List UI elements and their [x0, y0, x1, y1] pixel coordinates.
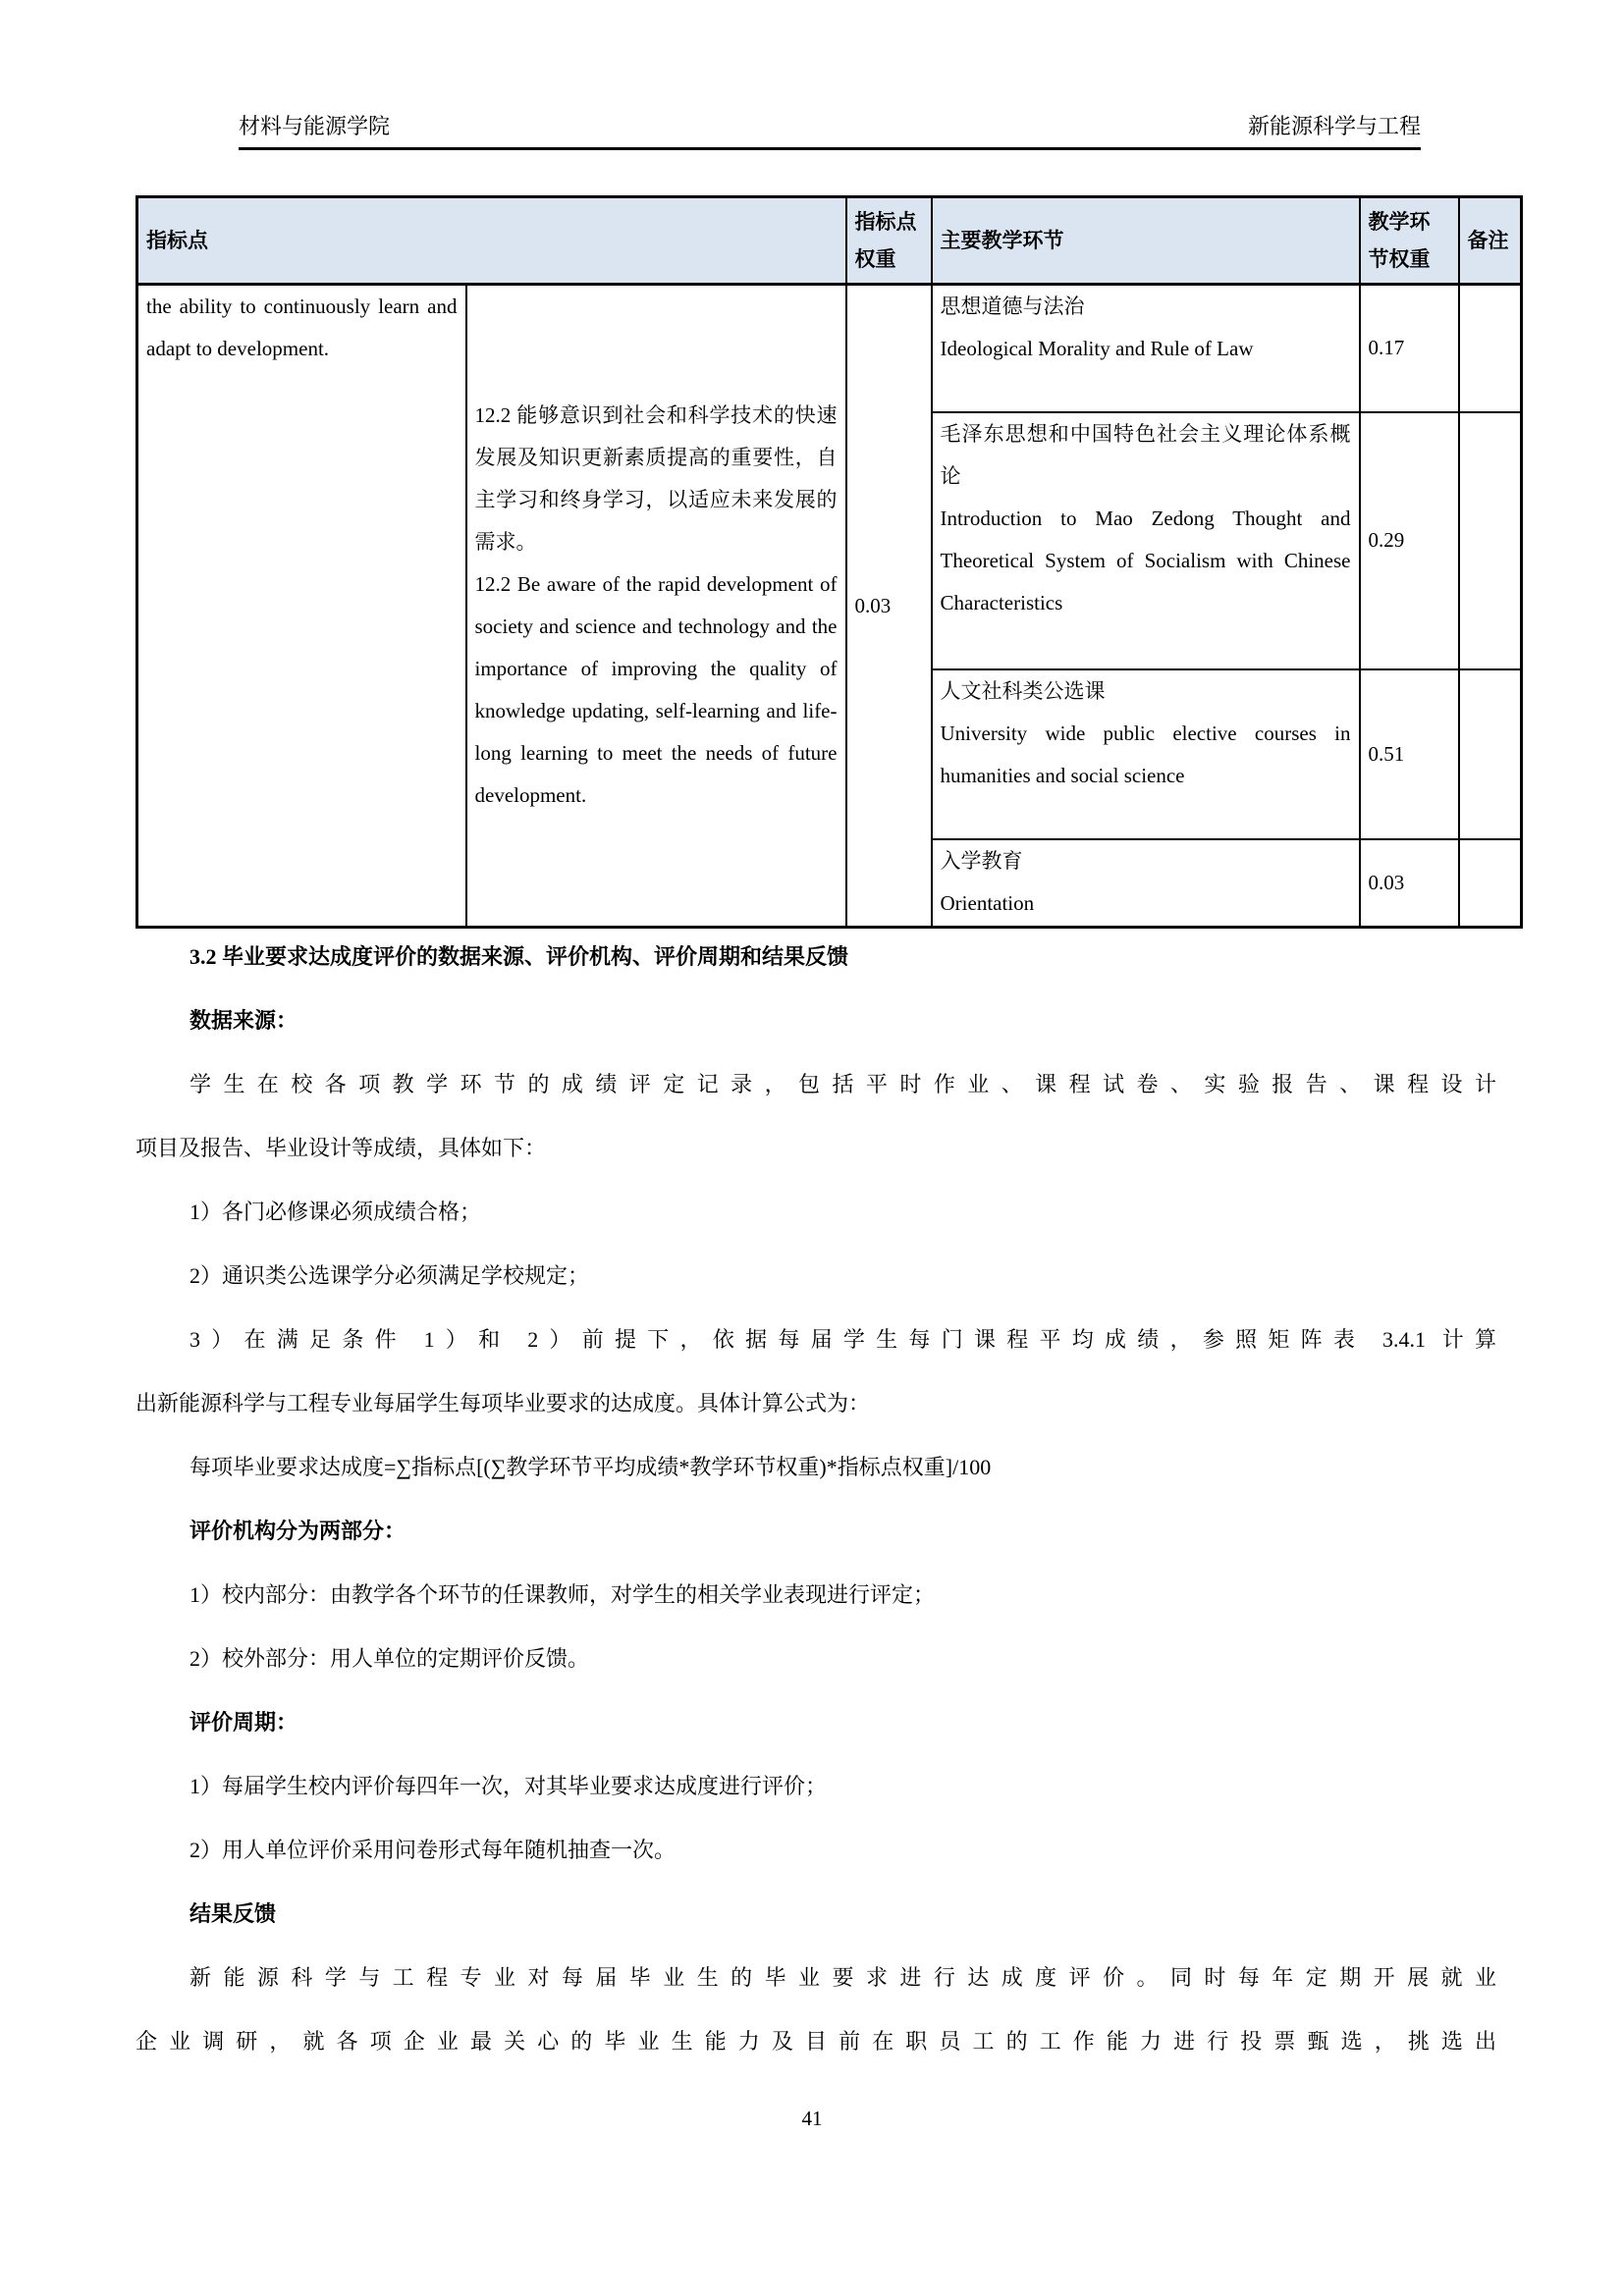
activity-en: Orientation — [941, 882, 1351, 925]
activity-weight-cell: 0.51 — [1360, 669, 1459, 839]
body-line: 企业调研，就各项企业最关心的毕业生能力及目前在职员工的工作能力进行投票甄选，挑选… — [135, 2009, 1496, 2073]
activity-weight-cell: 0.17 — [1360, 285, 1459, 412]
activity-cell: 入学教育 Orientation — [932, 839, 1360, 928]
formula-line: 每项毕业要求达成度=∑指标点[(∑教学环节平均成绩*教学环节权重)*指标点权重]… — [135, 1435, 1496, 1499]
header-indicator: 指标点 — [137, 197, 846, 285]
activity-cell: 思想道德与法治 Ideological Morality and Rule of… — [932, 285, 1360, 412]
header-activity-weight: 教学环节权重 — [1360, 197, 1459, 285]
running-head: 材料与能源学院 新能源科学与工程 — [239, 110, 1421, 150]
header-remark: 备注 — [1459, 197, 1522, 285]
activity-weight-cell: 0.03 — [1360, 839, 1459, 928]
body-line: 1）每届学生校内评价每四年一次，对其毕业要求达成度进行评价； — [135, 1754, 1496, 1818]
remark-cell — [1459, 412, 1522, 669]
activity-cell: 毛泽东思想和中国特色社会主义理论体系概论 Introduction to Mao… — [932, 412, 1360, 669]
document-page: 材料与能源学院 新能源科学与工程 指标点 指标点权重 主要教学环节 教学环节权重… — [0, 0, 1624, 2296]
activity-en: University wide public elective courses … — [941, 713, 1351, 797]
achievement-weight-table: 指标点 指标点权重 主要教学环节 教学环节权重 备注 the ability t… — [135, 195, 1523, 929]
body-line: 学生在校各项教学环节的成绩评定记录，包括平时作业、课程试卷、实验报告、课程设计 — [135, 1052, 1496, 1116]
header-indicator-weight: 指标点权重 — [846, 197, 932, 285]
body-line: 3）在满足条件 1）和 2）前提下，依据每届学生每门课程平均成绩，参照矩阵表 3… — [135, 1308, 1496, 1371]
remark-cell — [1459, 839, 1522, 928]
remark-cell — [1459, 285, 1522, 412]
indicator-en-cell: the ability to continuously learn and ad… — [137, 285, 466, 928]
body-line: 2）用人单位评价采用问卷形式每年随机抽查一次。 — [135, 1818, 1496, 1882]
header-teaching-activity: 主要教学环节 — [932, 197, 1360, 285]
activity-en: Introduction to Mao Zedong Thought and T… — [941, 498, 1351, 624]
body-line: 2）通识类公选课学分必须满足学校规定； — [135, 1244, 1496, 1308]
body-line: 1）各门必修课必须成绩合格； — [135, 1180, 1496, 1244]
activity-cell: 人文社科类公选课 University wide public elective… — [932, 669, 1360, 839]
body-line: 出新能源科学与工程专业每届学生每项毕业要求的达成度。具体计算公式为： — [135, 1371, 1496, 1435]
activity-zh: 人文社科类公选课 — [941, 670, 1351, 713]
activity-weight-cell: 0.29 — [1360, 412, 1459, 669]
body-text: 3.2 毕业要求达成度评价的数据来源、评价机构、评价周期和结果反馈 数据来源： … — [135, 925, 1496, 2073]
table-header-row: 指标点 指标点权重 主要教学环节 教学环节权重 备注 — [137, 197, 1522, 285]
subheading-data-source: 数据来源： — [135, 988, 1496, 1052]
page-number: 41 — [0, 2099, 1624, 2138]
indicator-detail-zh: 12.2 能够意识到社会和科学技术的快速发展及知识更新素质提高的重要性，自主学习… — [475, 395, 838, 563]
subheading-evaluation-cycle: 评价周期： — [135, 1690, 1496, 1754]
activity-en: Ideological Morality and Rule of Law — [941, 328, 1351, 370]
section-heading: 3.2 毕业要求达成度评价的数据来源、评价机构、评价周期和结果反馈 — [135, 925, 1496, 988]
indicator-weight-cell: 0.03 — [846, 285, 932, 928]
table-row: the ability to continuously learn and ad… — [137, 285, 1522, 412]
running-head-left: 材料与能源学院 — [239, 110, 390, 143]
indicator-detail-cell: 12.2 能够意识到社会和科学技术的快速发展及知识更新素质提高的重要性，自主学习… — [466, 285, 846, 928]
body-line: 1）校内部分：由教学各个环节的任课教师，对学生的相关学业表现进行评定； — [135, 1563, 1496, 1627]
indicator-detail-en: 12.2 Be aware of the rapid development o… — [475, 563, 838, 817]
activity-zh: 毛泽东思想和中国特色社会主义理论体系概论 — [941, 413, 1351, 498]
subheading-result-feedback: 结果反馈 — [135, 1882, 1496, 1946]
running-head-right: 新能源科学与工程 — [1248, 110, 1421, 143]
indicator-en-text: the ability to continuously learn and ad… — [146, 286, 458, 370]
subheading-evaluation-org: 评价机构分为两部分： — [135, 1499, 1496, 1563]
activity-zh: 入学教育 — [941, 840, 1351, 882]
activity-zh: 思想道德与法治 — [941, 286, 1351, 328]
body-line: 新能源科学与工程专业对每届毕业生的毕业要求进行达成度评价。同时每年定期开展就业 — [135, 1946, 1496, 2009]
remark-cell — [1459, 669, 1522, 839]
body-line: 项目及报告、毕业设计等成绩，具体如下： — [135, 1116, 1496, 1180]
body-line: 2）校外部分：用人单位的定期评价反馈。 — [135, 1627, 1496, 1690]
